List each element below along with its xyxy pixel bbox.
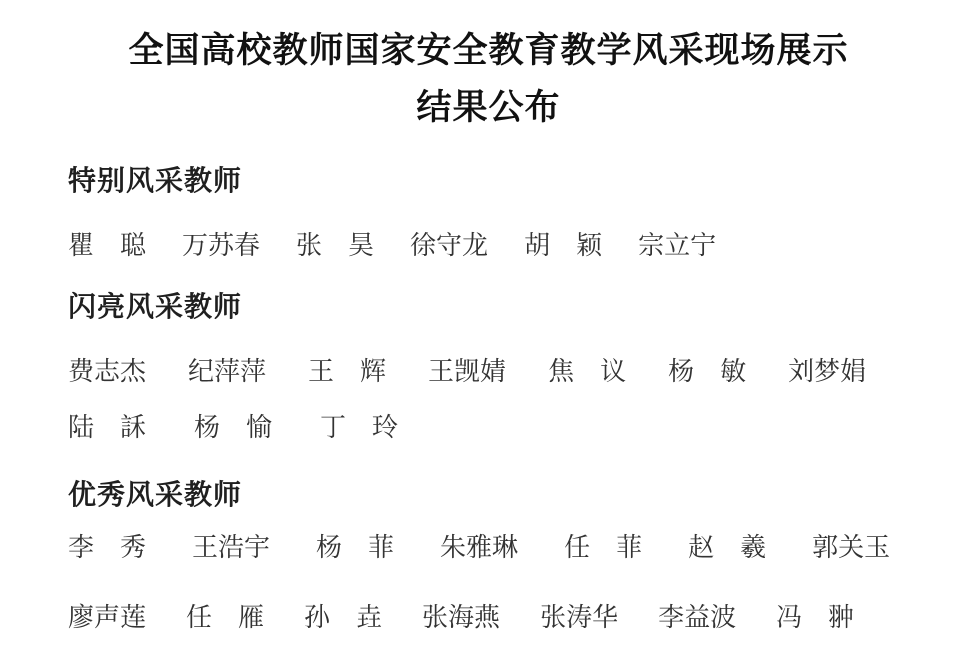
teacher-name: 郭关玉 [812, 530, 890, 566]
teacher-name: 冯 翀 [776, 600, 854, 636]
teacher-name: 王觊婧 [428, 354, 506, 390]
document-page: 全国高校教师国家安全教育教学风采现场展示 结果公布 特别风采教师 瞿 聪 万苏春… [0, 0, 979, 671]
teacher-name: 刘梦娟 [788, 354, 866, 390]
teacher-name: 张 昊 [296, 228, 374, 264]
teacher-name: 丁 玲 [320, 410, 398, 446]
teacher-name: 王浩宇 [192, 530, 270, 566]
teacher-name: 任 雁 [186, 600, 264, 636]
document-title-line2: 结果公布 [68, 85, 909, 130]
teacher-name: 胡 颖 [524, 228, 602, 264]
teacher-name: 瞿 聪 [68, 228, 146, 264]
name-row-special: 瞿 聪 万苏春 张 昊 徐守龙 胡 颖 宗立宁 [68, 228, 909, 264]
name-row-excellent-1: 李 秀 王浩宇 杨 菲 朱雅琳 任 菲 赵 羲 郭关玉 [68, 530, 909, 566]
teacher-name: 费志杰 [68, 354, 146, 390]
teacher-name: 李 秀 [68, 530, 146, 566]
name-row-shining-2: 陆 訸 杨 愉 丁 玲 [68, 410, 909, 446]
teacher-name: 杨 菲 [316, 530, 394, 566]
teacher-name: 孙 垚 [304, 600, 382, 636]
teacher-name: 王 辉 [308, 354, 386, 390]
teacher-name: 杨 愉 [194, 410, 272, 446]
section-heading-special-teachers: 特别风采教师 [68, 164, 909, 198]
section-heading-excellent-teachers: 优秀风采教师 [68, 478, 909, 512]
document-title-line1: 全国高校教师国家安全教育教学风采现场展示 [68, 28, 909, 73]
teacher-name: 宗立宁 [638, 228, 716, 264]
teacher-name: 李益波 [658, 600, 736, 636]
teacher-name: 纪萍萍 [188, 354, 266, 390]
teacher-name: 杨 敏 [668, 354, 746, 390]
section-heading-shining-teachers: 闪亮风采教师 [68, 290, 909, 324]
teacher-name: 张涛华 [540, 600, 618, 636]
teacher-name: 陆 訸 [68, 410, 146, 446]
name-row-shining-1: 费志杰 纪萍萍 王 辉 王觊婧 焦 议 杨 敏 刘梦娟 [68, 354, 909, 390]
teacher-name: 徐守龙 [410, 228, 488, 264]
teacher-name: 赵 羲 [688, 530, 766, 566]
teacher-name: 廖声莲 [68, 600, 146, 636]
teacher-name: 张海燕 [422, 600, 500, 636]
teacher-name: 焦 议 [548, 354, 626, 390]
teacher-name: 任 菲 [564, 530, 642, 566]
teacher-name: 万苏春 [182, 228, 260, 264]
teacher-name: 朱雅琳 [440, 530, 518, 566]
name-row-excellent-2: 廖声莲 任 雁 孙 垚 张海燕 张涛华 李益波 冯 翀 [68, 600, 909, 636]
